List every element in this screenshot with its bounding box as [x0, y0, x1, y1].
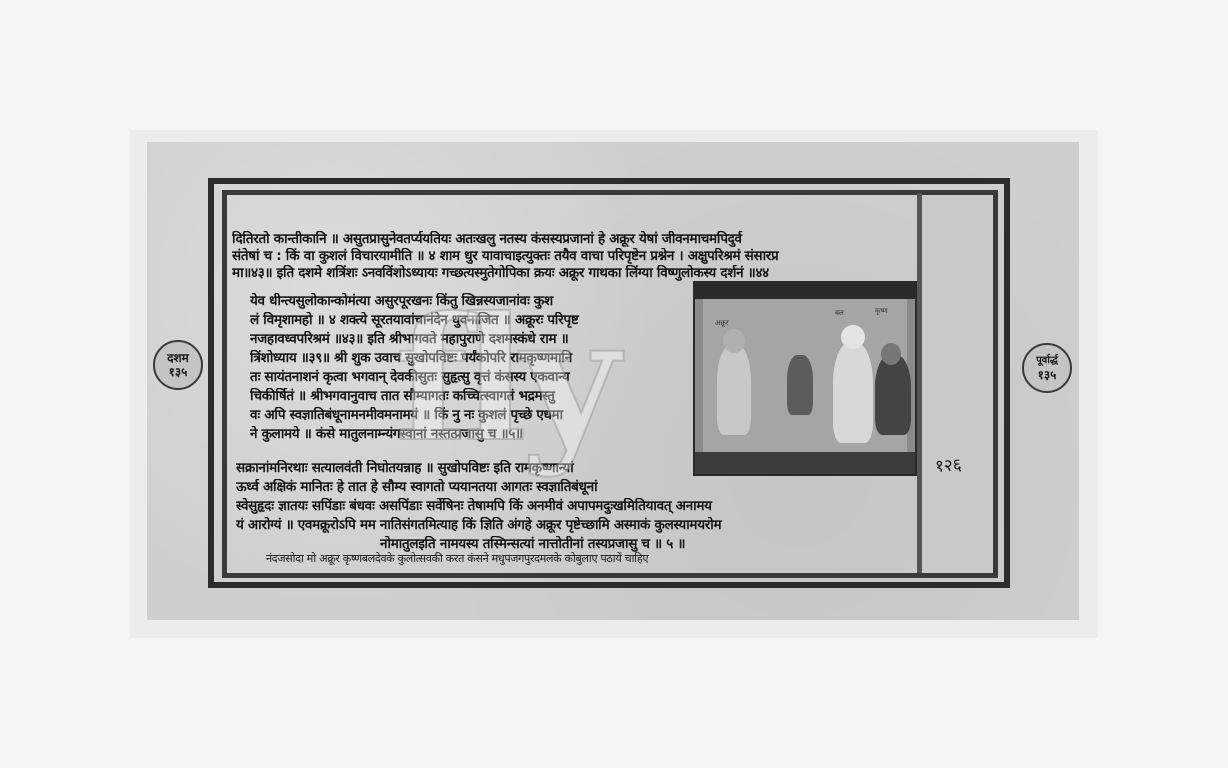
right-margin-rule: [917, 193, 922, 573]
figure-akrura: [717, 345, 751, 435]
right-medallion-title: पूर्वार्द्ध: [1036, 354, 1058, 368]
top-text-line-2: संतेषां च : किं वा कुशलं विचारयामीति ॥ ४…: [232, 248, 917, 264]
painting-label-bal: बल: [835, 309, 844, 318]
bottom-text-line-4: यं आरोग्यं ॥ एवमक्रूरोऽपि मम नातिसंगतमित…: [236, 517, 916, 533]
miniature-painting: अक्रूर बल कृष्ण: [693, 281, 917, 476]
left-medallion-number: १३५: [169, 365, 188, 379]
left-medallion-title: दशम: [167, 351, 189, 365]
figure-krishna: [875, 355, 911, 435]
gloss-line: नंदजसोदा मो अक्रूर कृष्णबलदेवके कुलोत्सव…: [266, 551, 886, 567]
figure-balarama-head: [841, 325, 865, 349]
figure-akrura-head: [723, 329, 745, 353]
watermark: fly: [395, 295, 614, 465]
bottom-text-line-5: नोमातुलइति नामयस्य तस्मिन्सत्यां नात्तोत…: [380, 536, 780, 552]
painting-label-krishna: कृष्ण: [875, 307, 888, 316]
bottom-text-line-3: स्वेसुहृदः ज्ञातयः सपिंडाः बंधवः असपिंडा…: [236, 498, 916, 514]
painting-floor: [695, 452, 915, 474]
figure-krishna-head: [881, 343, 901, 365]
top-text-line-1: दितिरतो कान्तीकानि ॥ असुतप्रासुनेवतर्प्य…: [232, 231, 917, 247]
figure-balarama: [833, 343, 873, 443]
painting-canopy: [695, 283, 915, 299]
painting-label-akrura: अक्रूर: [715, 319, 729, 328]
top-text-line-3: मा॥४३॥ इति दशमे शत्रिंशः ऽनवविंशोऽध्यायः…: [232, 265, 917, 281]
left-medallion: दशम १३५: [153, 340, 203, 390]
bottom-text-line-2: ऊर्ध्व अक्षिकं मानितः हे तात हे सौम्य स्…: [236, 479, 916, 495]
right-medallion-number: १३५: [1038, 368, 1057, 382]
right-medallion: पूर्वार्द्ध १३५: [1022, 343, 1072, 393]
figure-child: [787, 355, 813, 415]
folio-number: १२६: [934, 452, 962, 477]
right-margin-panel: [922, 195, 992, 573]
